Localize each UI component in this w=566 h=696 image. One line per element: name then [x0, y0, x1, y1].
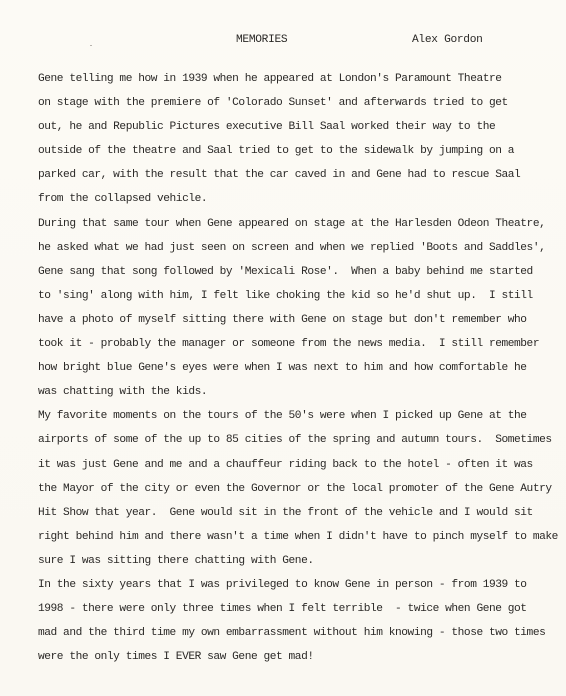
typed-page: MEMORIES Alex Gordon Gene telling me how… — [0, 0, 566, 696]
text-line: out, he and Republic Pictures executive … — [38, 115, 558, 139]
text-line: have a photo of myself sitting there wit… — [38, 308, 558, 332]
text-line: right behind him and there wasn't a time… — [38, 525, 558, 549]
text-line: My favorite moments on the tours of the … — [38, 404, 558, 428]
text-line: to 'sing' along with him, I felt like ch… — [38, 284, 558, 308]
text-line: During that same tour when Gene appeared… — [38, 212, 558, 236]
text-line: Gene sang that song followed by 'Mexical… — [38, 260, 558, 284]
document-header: MEMORIES Alex Gordon — [0, 34, 566, 52]
document-title: MEMORIES — [236, 34, 287, 46]
text-line: from the collapsed vehicle. — [38, 187, 558, 211]
text-line: how bright blue Gene's eyes were when I … — [38, 356, 558, 380]
text-line: sure I was sitting there chatting with G… — [38, 549, 558, 573]
text-line: on stage with the premiere of 'Colorado … — [38, 91, 558, 115]
text-line: Hit Show that year. Gene would sit in th… — [38, 501, 558, 525]
text-line: 1998 - there were only three times when … — [38, 597, 558, 621]
text-line: the Mayor of the city or even the Govern… — [38, 477, 558, 501]
text-line: Gene telling me how in 1939 when he appe… — [38, 67, 558, 91]
text-line: took it - probably the manager or someon… — [38, 332, 558, 356]
text-line: he asked what we had just seen on screen… — [38, 236, 558, 260]
text-line: airports of some of the up to 85 cities … — [38, 428, 558, 452]
text-line: parked car, with the result that the car… — [38, 163, 558, 187]
text-line: were the only times I EVER saw Gene get … — [38, 645, 558, 669]
text-line: outside of the theatre and Saal tried to… — [38, 139, 558, 163]
text-line: mad and the third time my own embarrassm… — [38, 621, 558, 645]
document-author: Alex Gordon — [412, 34, 483, 46]
text-line: it was just Gene and me and a chauffeur … — [38, 453, 558, 477]
text-line: was chatting with the kids. — [38, 380, 558, 404]
text-line: In the sixty years that I was privileged… — [38, 573, 558, 597]
document-body: Gene telling me how in 1939 when he appe… — [38, 67, 558, 669]
